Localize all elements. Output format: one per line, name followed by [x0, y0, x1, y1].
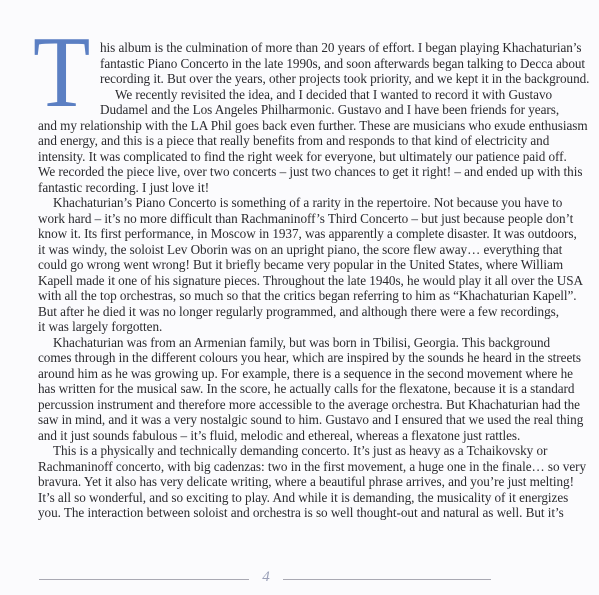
text-line: Rachmaninoff concerto, with big cadenzas…	[38, 459, 573, 475]
text-line: Dudamel and the Los Angeles Philharmonic…	[38, 102, 573, 118]
text-line: saw in mind, and it was a very nostalgic…	[38, 412, 573, 428]
text-line: with all the top orchestras, so much so …	[38, 288, 573, 304]
text-line: bravura. Yet it also has very delicate w…	[38, 474, 573, 490]
text-line: around him as he was growing up. For exa…	[38, 366, 573, 382]
text-line: This is a physically and technically dem…	[38, 443, 573, 459]
text-line: We recently revisited the idea, and I de…	[38, 87, 573, 103]
page-number: 4	[256, 569, 276, 586]
text-line: and energy, and this is a piece that rea…	[38, 133, 573, 149]
text-line: But after he died it was no longer regul…	[38, 304, 573, 320]
text-line: could go wrong went wrong! But it briefl…	[38, 257, 573, 273]
text-line: work hard – it’s no more difficult than …	[38, 211, 573, 227]
text-line: it was largely forgotten.	[38, 319, 573, 335]
text-line: percussion instrument and therefore more…	[38, 397, 573, 413]
text-line: it was windy, the soloist Lev Oborin was…	[38, 242, 573, 258]
text-line: It’s all so wonderful, and so exciting t…	[38, 490, 573, 506]
text-line: and it just sounds fabulous – it’s fluid…	[38, 428, 573, 444]
text-line: Khachaturian’s Piano Concerto is somethi…	[38, 195, 573, 211]
body-text: his album is the culmination of more tha…	[38, 40, 573, 521]
text-line: comes through in the different colours y…	[38, 350, 573, 366]
text-line: has written for the musical saw. In the …	[38, 381, 573, 397]
footer-rule-left	[39, 579, 249, 580]
booklet-page: T his album is the culmination of more t…	[0, 0, 599, 595]
text-line: recording it. But over the years, other …	[38, 71, 573, 87]
footer-rule-right	[283, 579, 491, 580]
text-line: you. The interaction between soloist and…	[38, 505, 573, 521]
text-line: and my relationship with the LA Phil goe…	[38, 118, 573, 134]
text-line: We recorded the piece live, over two con…	[38, 164, 573, 180]
text-line: his album is the culmination of more tha…	[38, 40, 573, 56]
text-line: intensity. It was complicated to find th…	[38, 149, 573, 165]
text-line: fantastic Piano Concerto in the late 199…	[38, 56, 573, 72]
text-line: Kapell made it one of his signature piec…	[38, 273, 573, 289]
text-line: fantastic recording. I just love it!	[38, 180, 573, 196]
text-line: Khachaturian was from an Armenian family…	[38, 335, 573, 351]
text-line: know it. Its first performance, in Mosco…	[38, 226, 573, 242]
